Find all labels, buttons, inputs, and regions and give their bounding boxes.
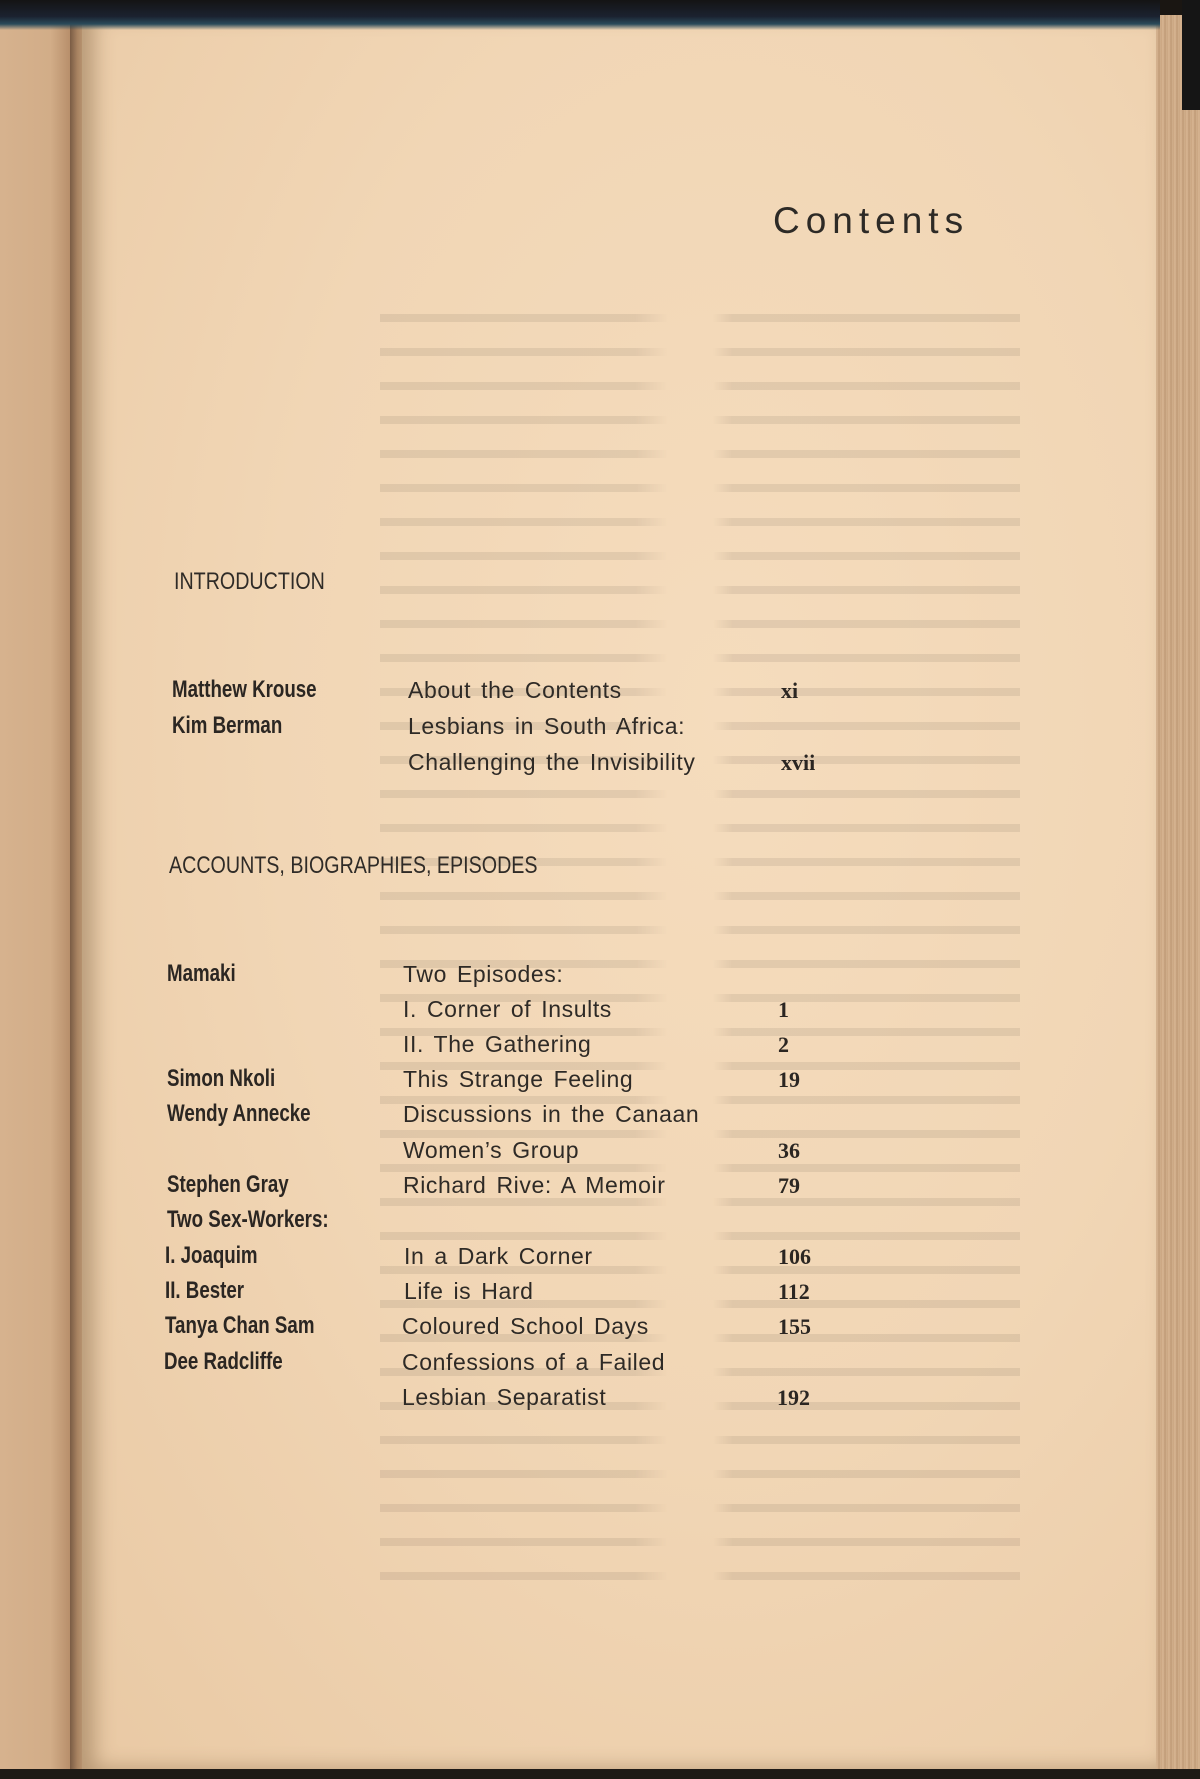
entry-page-number: xvii	[781, 750, 815, 776]
left-page-edge	[0, 10, 72, 1770]
toc-entry[interactable]: Mamaki Two Episodes:	[167, 960, 867, 994]
toc-entry-continuation: Challenging the Invisibility xvii	[172, 748, 872, 782]
entry-title: Richard Rive: A Memoir	[403, 1172, 666, 1199]
toc-entry[interactable]: Dee Radcliffe Confessions of a Failed	[164, 1348, 864, 1382]
toc-entry[interactable]: Wendy Annecke Discussions in the Canaan	[167, 1100, 867, 1134]
entry-author: Matthew Krouse	[172, 676, 317, 704]
corner-shadow	[1182, 0, 1200, 110]
toc-entry[interactable]: Stephen Gray Richard Rive: A Memoir 79	[167, 1171, 867, 1205]
entry-title: II. The Gathering	[403, 1031, 591, 1058]
entry-page-number: 192	[777, 1385, 810, 1411]
entry-page-number: 36	[778, 1138, 800, 1164]
toc-entry-continuation: Women’s Group 36	[167, 1136, 867, 1170]
entry-author: Simon Nkoli	[167, 1065, 275, 1093]
entry-title: Lesbians in South Africa:	[408, 713, 685, 740]
entry-page-number: 79	[778, 1173, 800, 1199]
entry-author: Mamaki	[167, 960, 236, 988]
entry-title: Coloured School Days	[402, 1313, 649, 1340]
toc-entry[interactable]: I. Corner of Insults 1	[167, 995, 867, 1029]
toc-entry-continuation: Lesbian Separatist 192	[164, 1383, 864, 1417]
top-shadow	[0, 0, 1160, 30]
entry-author: Tanya Chan Sam	[165, 1312, 314, 1340]
entry-title: Women’s Group	[403, 1137, 579, 1164]
section-heading-introduction: INTRODUCTION	[174, 568, 325, 596]
entry-author: Stephen Gray	[167, 1171, 289, 1199]
entry-author-group: Two Sex-Workers:	[167, 1206, 329, 1234]
section-heading-accounts: ACCOUNTS, BIOGRAPHIES, EPISODES	[169, 852, 538, 880]
entry-author: Wendy Annecke	[167, 1100, 311, 1128]
entry-author: Dee Radcliffe	[164, 1348, 283, 1376]
bottom-shadow	[0, 1769, 1200, 1779]
toc-entry[interactable]: II. The Gathering 2	[167, 1030, 867, 1064]
book-spread: Contents INTRODUCTION Matthew Krouse Abo…	[0, 0, 1200, 1779]
entry-title: Lesbian Separatist	[402, 1384, 606, 1411]
entry-page-number: xi	[781, 678, 798, 704]
entry-page-number: 112	[778, 1279, 810, 1305]
entry-title: Challenging the Invisibility	[408, 749, 695, 776]
toc-entry[interactable]: I. Joaquim In a Dark Corner 106	[165, 1242, 865, 1276]
entry-page-number: 19	[778, 1067, 800, 1093]
page-stack-edge	[1155, 15, 1200, 1770]
toc-entry[interactable]: Tanya Chan Sam Coloured School Days 155	[165, 1312, 865, 1346]
page-title: Contents	[773, 200, 969, 242]
entry-author: Kim Berman	[172, 712, 282, 740]
entry-title: In a Dark Corner	[404, 1243, 593, 1270]
toc-entry[interactable]: Matthew Krouse About the Contents xi	[172, 676, 872, 710]
entry-page-number: 106	[778, 1244, 811, 1270]
toc-entry[interactable]: Simon Nkoli This Strange Feeling 19	[167, 1065, 867, 1099]
contents-page	[82, 14, 1156, 1769]
entry-author: II. Bester	[165, 1277, 244, 1305]
entry-page-number: 1	[778, 997, 789, 1023]
entry-title: Confessions of a Failed	[402, 1349, 665, 1376]
entry-author: I. Joaquim	[165, 1242, 258, 1270]
entry-page-number: 2	[778, 1032, 789, 1058]
entry-title: Discussions in the Canaan	[403, 1101, 699, 1128]
entry-title: Life is Hard	[404, 1278, 534, 1305]
entry-page-number: 155	[778, 1314, 811, 1340]
toc-entry[interactable]: II. Bester Life is Hard 112	[165, 1277, 865, 1311]
toc-group-label: Two Sex-Workers:	[167, 1206, 867, 1240]
entry-title: Two Episodes:	[403, 961, 563, 988]
toc-entry[interactable]: Kim Berman Lesbians in South Africa:	[172, 712, 872, 746]
entry-title: This Strange Feeling	[403, 1066, 633, 1093]
entry-title: About the Contents	[408, 677, 622, 704]
entry-title: I. Corner of Insults	[403, 996, 612, 1023]
